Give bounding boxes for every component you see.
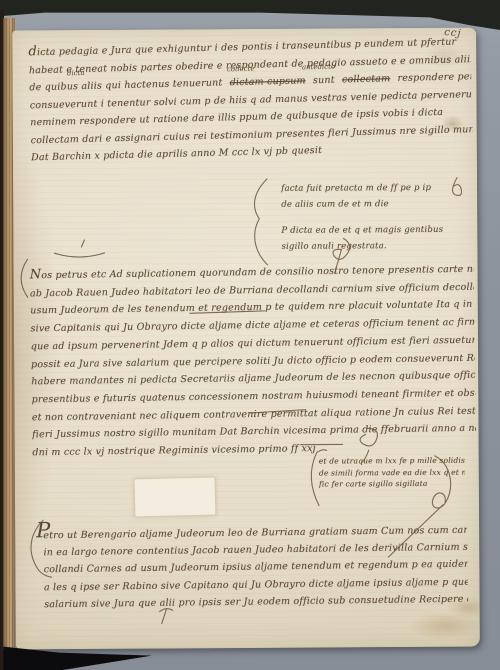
charter-paragraph-3: P etro ut Berengario aljame Judeorum leo… xyxy=(43,522,468,614)
marginal-note-line: facta fuit pretacta m de ff pe p ip xyxy=(281,180,467,197)
decorated-initial: P xyxy=(36,519,50,541)
marginal-note-line: et de utraque m lxx fe p mille solidis xyxy=(319,455,465,467)
marginal-note-line: sigillo anuli regestrata. xyxy=(281,238,467,255)
marginal-note-line: de aliis cum de et m die xyxy=(281,196,467,213)
charter-paragraph-2: Nos petrus etc Ad suplicationem quorunda… xyxy=(30,260,477,462)
struck-through-words: collectam xyxy=(342,73,391,85)
line-segment: de quibus aliis qui hactenus tenuerunt xyxy=(29,77,222,93)
interlinear-insertion: collecte xyxy=(227,65,255,74)
paragraph2-bracket-stroke xyxy=(21,259,28,297)
marginal-registration-note-1: facta fuit pretacta m de ff pe p ip de a… xyxy=(281,180,467,255)
pre-nos-swash-stroke xyxy=(54,240,104,257)
photo-top-shadow-band xyxy=(0,0,500,30)
charter-paragraph-1: dicta pedagia e Jura que exhiguntur i de… xyxy=(28,32,473,167)
marginal-note-line: fic fer carte sigillo sigillata xyxy=(319,478,465,490)
paper-repair-patch xyxy=(134,476,217,517)
manuscript-photo: ccj dicta pedagia e Jura que exhiguntur … xyxy=(0,0,500,670)
marginal-note-line: de simili forma vade ea die lxx q et m xyxy=(319,466,465,478)
note1-bracket-stroke xyxy=(254,179,267,265)
line-segment: sunt xyxy=(313,75,335,87)
manuscript-page: ccj dicta pedagia e Jura que exhiguntur … xyxy=(12,28,480,650)
line-segment: respondere pertinebunt xyxy=(397,70,471,84)
marginal-note-line: P dicta ea de et q et magis gentibus xyxy=(281,222,467,239)
interlinear-insertion: antedicto xyxy=(302,63,336,72)
marginal-registration-note-2: et de utraque m lxx fe p mille solidis d… xyxy=(319,455,465,490)
struck-through-words: dictam cupsum xyxy=(230,75,306,88)
interlinear-insertion: dicta xyxy=(67,69,85,77)
